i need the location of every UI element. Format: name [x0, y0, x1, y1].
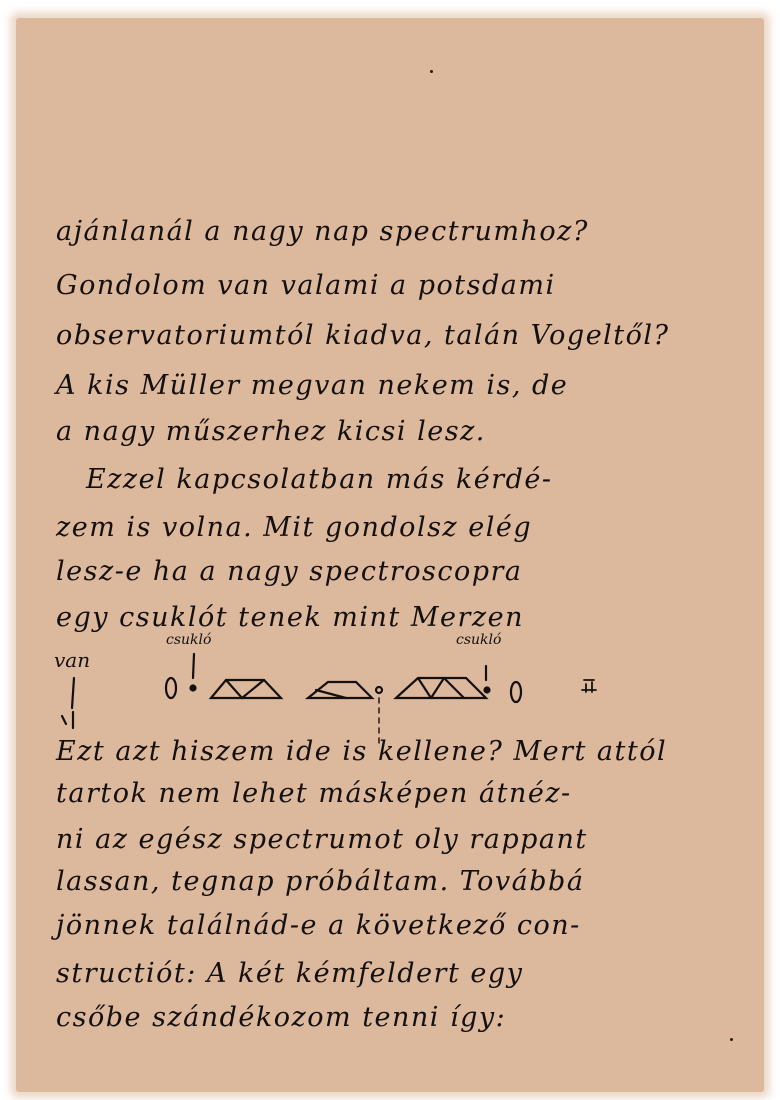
sketch-label-hinge-right: csukló [456, 632, 501, 648]
text-line: A kis Müller megvan nekem is, de [56, 370, 568, 401]
text-line: zem is volna. Mit gondolsz elég [56, 512, 532, 543]
spectroscope-sketch: van csukló csukló [46, 628, 626, 748]
letter-page: ajánlanál a nagy nap spectrumhoz? Gondol… [16, 18, 764, 1092]
sketch-drawing [46, 628, 626, 748]
sketch-label-left: van [54, 648, 90, 672]
text-line: jönnek találnád-e a következő con- [56, 910, 581, 941]
text-line: ni az egész spectrumot oly rappant [56, 824, 588, 855]
text-line: tartok nem lehet másképen átnéz- [56, 778, 572, 809]
text-line: lesz-e ha a nagy spectroscopra [56, 556, 523, 587]
text-line: csőbe szándékozom tenni így: [56, 1002, 506, 1033]
text-line: Gondolom van valami a potsdami [56, 270, 556, 301]
ink-speck [430, 70, 433, 73]
ink-speck [730, 1038, 733, 1041]
text-line: lassan, tegnap próbáltam. Továbbá [56, 866, 584, 897]
text-line: Ezt azt hiszem ide is kellene? Mert attó… [56, 736, 667, 767]
text-line: ajánlanál a nagy nap spectrumhoz? [56, 216, 589, 247]
text-line: Ezzel kapcsolatban más kérdé- [86, 464, 553, 495]
text-line: a nagy műszerhez kicsi lesz. [56, 416, 486, 447]
text-line: observatoriumtól kiadva, talán Vogeltől? [56, 320, 670, 351]
sketch-label-hinge-left: csukló [166, 632, 211, 648]
text-line: structiót: A két kémfeldert egy [56, 958, 523, 989]
